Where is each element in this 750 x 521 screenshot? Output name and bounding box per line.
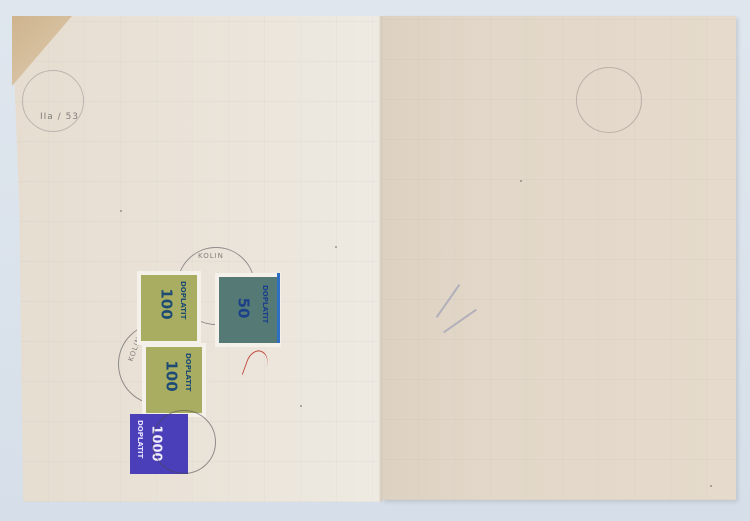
- paper-speck: [335, 246, 337, 248]
- stamp-value: 50: [234, 298, 252, 319]
- document-right-panel: [382, 16, 736, 500]
- paper-speck: [710, 485, 712, 487]
- corner-handstamp-text: IIa / 53: [40, 112, 79, 122]
- postmark-on-1000-stamp: [152, 410, 216, 474]
- postage-due-stamp-100-lower: 100 DOPLATIT: [142, 343, 206, 417]
- stamp-label: DOPLATIT: [184, 353, 192, 391]
- stamp-label: DOPLATIT: [179, 281, 187, 319]
- stamp-value: 100: [158, 288, 176, 319]
- stamp-label: DOPLATIT: [136, 420, 144, 458]
- blue-pencil-line: [277, 273, 280, 343]
- postage-due-stamp-100-upper: 100 DOPLATIT: [137, 271, 201, 345]
- postmark-upper-text: KOLIN: [198, 252, 224, 260]
- paper-speck: [120, 210, 122, 212]
- fold-crease: [378, 16, 382, 502]
- paper-speck: [300, 405, 302, 407]
- photo-scene: IIa / 53 KOLIN KOLIN 100 DOPLATIT 100 DO…: [0, 0, 750, 521]
- postmark-corner: [22, 70, 84, 132]
- paper-speck: [520, 180, 522, 182]
- stamp-value: 100: [163, 360, 181, 391]
- postmark-right: [576, 67, 642, 133]
- postage-due-stamp-50: 50 DOPLATIT: [215, 273, 281, 347]
- stamp-label: DOPLATIT: [261, 285, 269, 323]
- faint-grid: [382, 16, 736, 500]
